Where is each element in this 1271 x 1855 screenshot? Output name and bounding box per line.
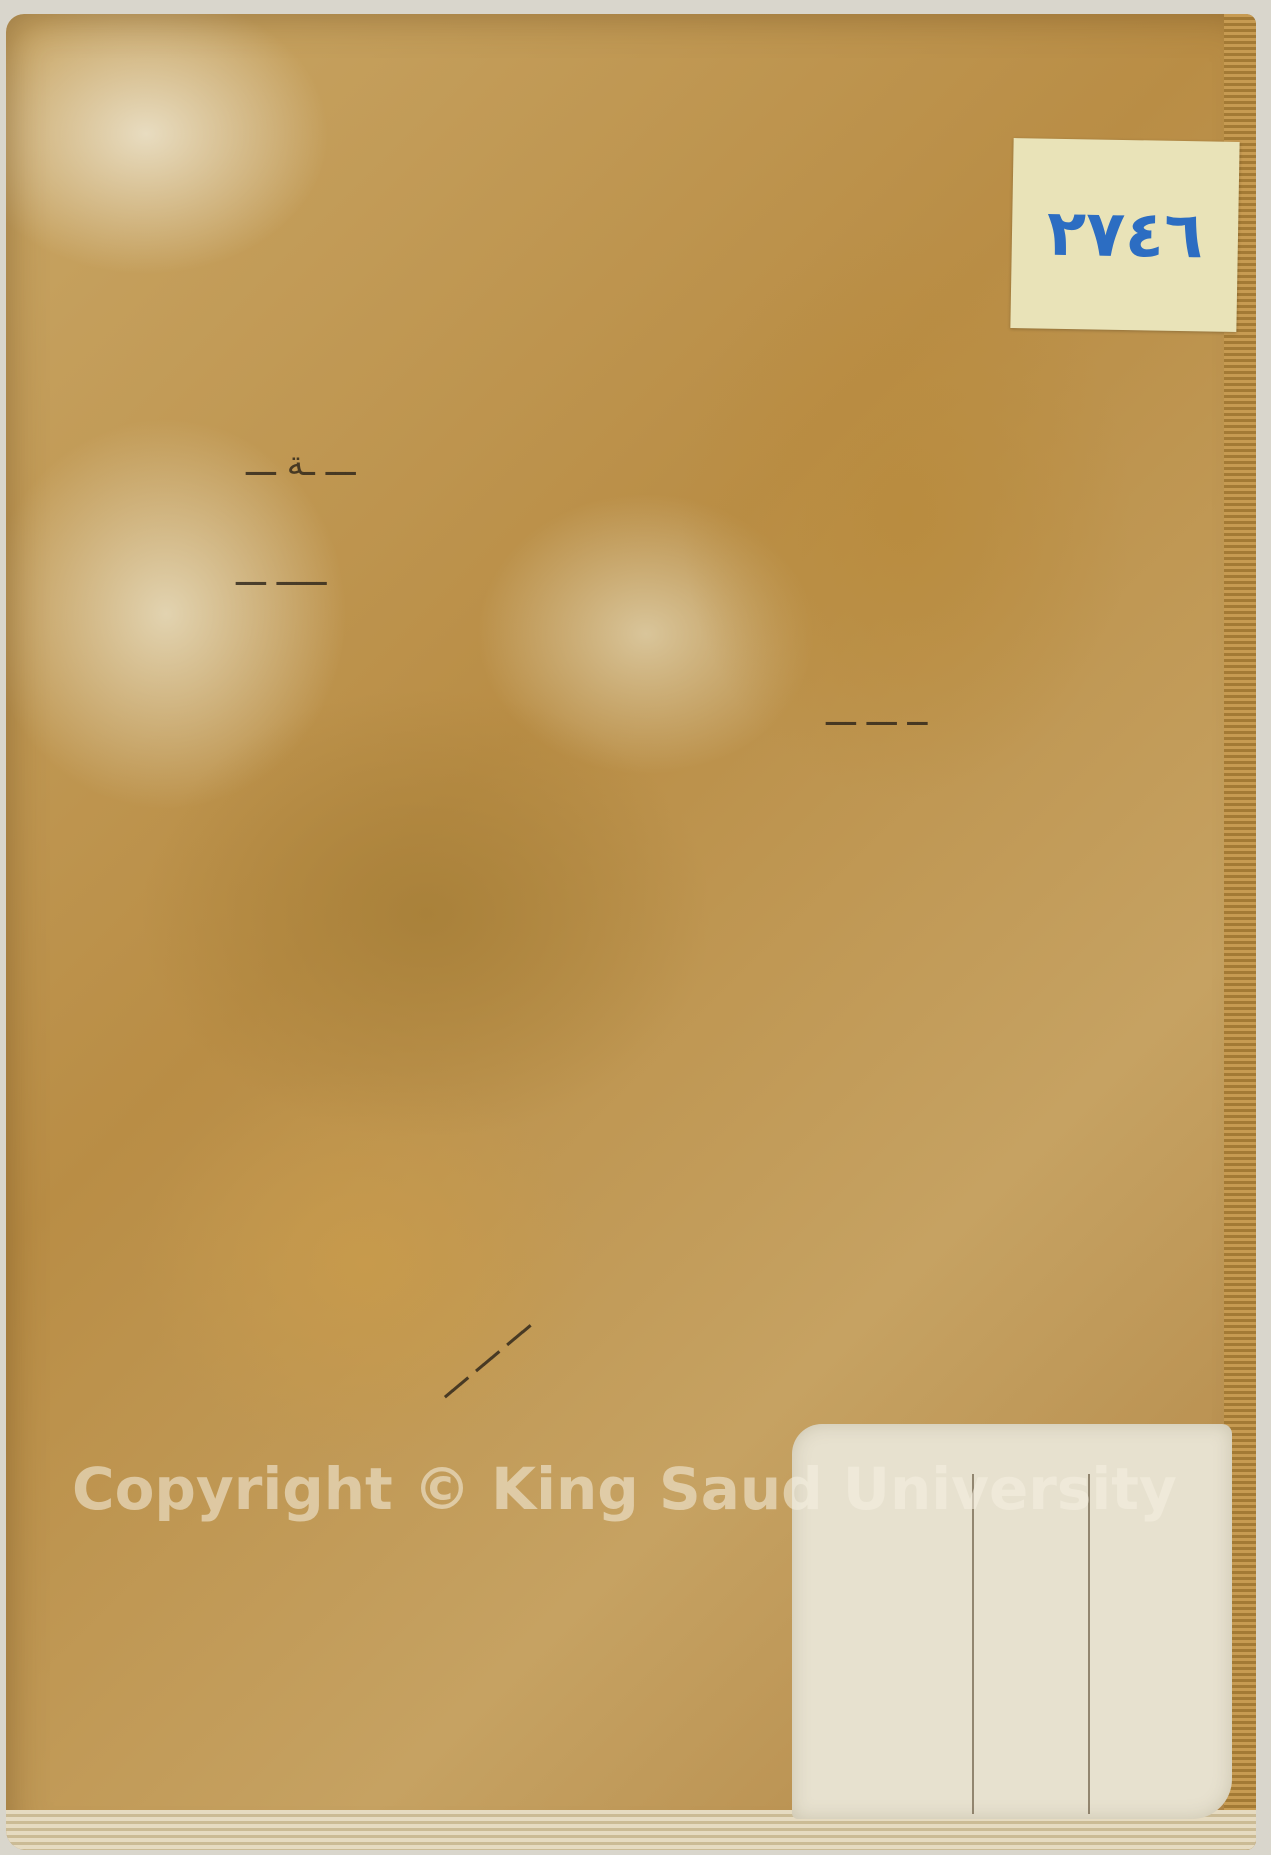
handwritten-note: ـــ ـــ ـــ: [426, 1303, 537, 1405]
shelf-number-label: ٢٧٤٦: [1010, 138, 1239, 332]
handwritten-note: ــ ـــ ـــ: [826, 694, 927, 734]
shelf-number: ٢٧٤٦: [1046, 197, 1204, 274]
handwritten-note: ـــ ـة ـــ: [246, 444, 356, 484]
copyright-watermark: Copyright © King Saud University: [72, 1455, 1212, 1523]
handwritten-note: ـــــ ـــ: [236, 554, 327, 594]
